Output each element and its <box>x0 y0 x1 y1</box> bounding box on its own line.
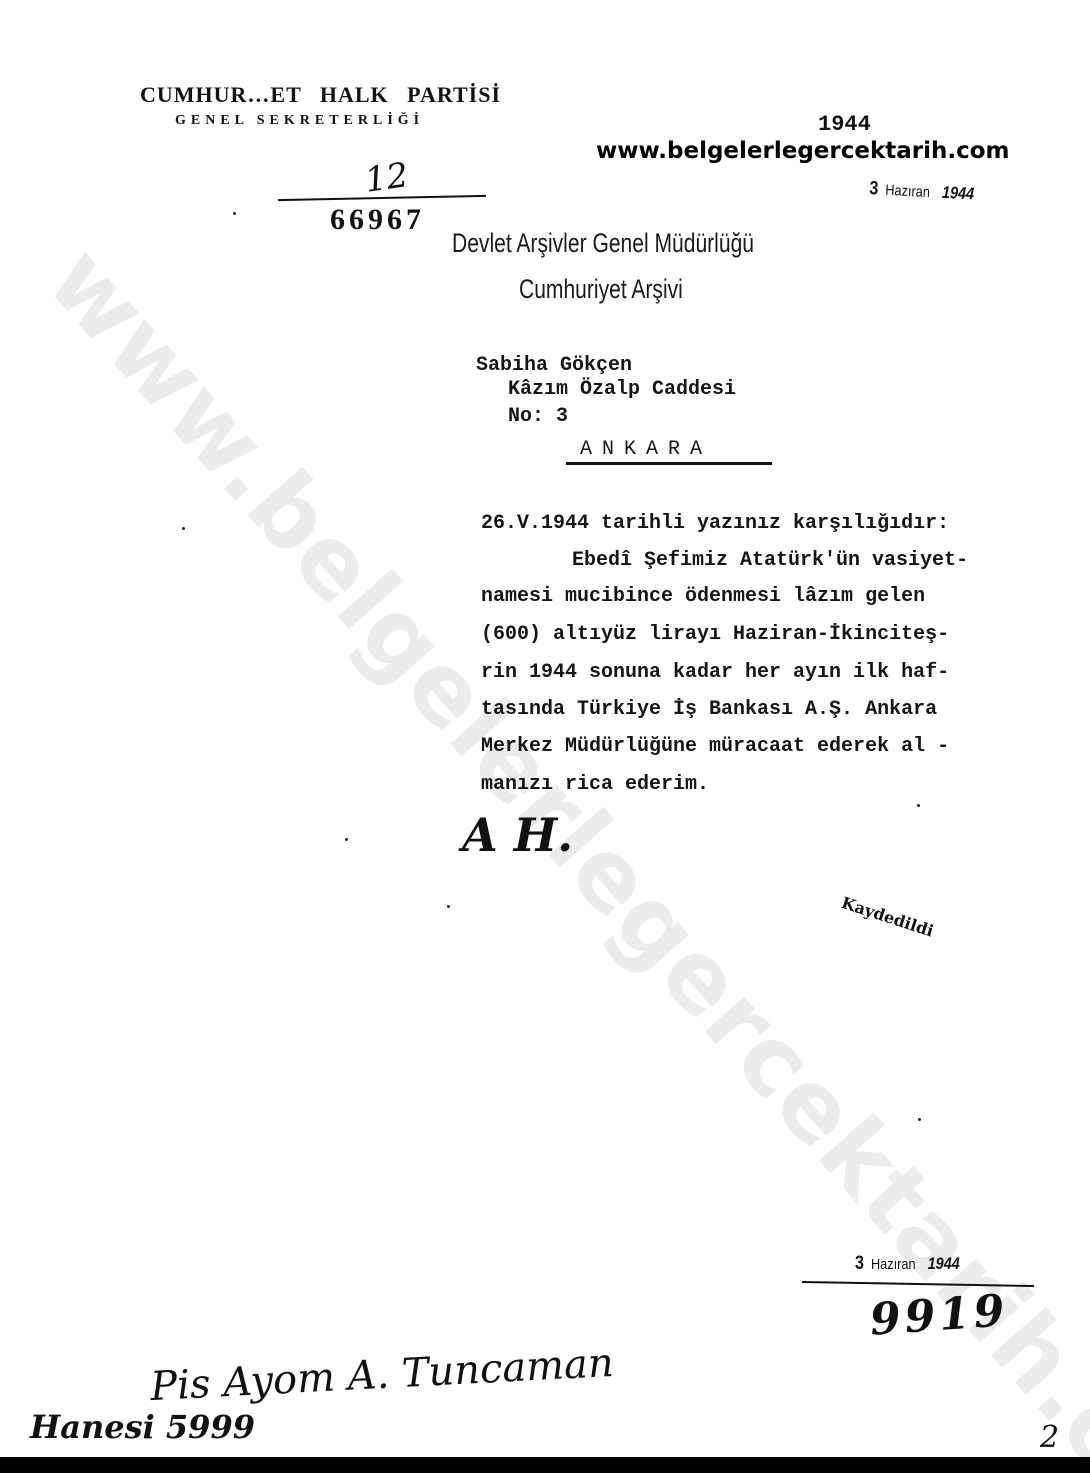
stamp-day: 3 <box>869 178 879 199</box>
stamp-year: 1944 <box>941 183 974 204</box>
body-line: namesi mucibince ödenmesi lâzım gelen <box>481 585 925 608</box>
scan-speck <box>233 212 236 215</box>
stamp-year: 1944 <box>928 1254 960 1273</box>
received-date-stamp-top: 3 Hazıran 1944 <box>869 178 975 205</box>
page-number: 2 <box>1040 1420 1059 1455</box>
body-line: 26.V.1944 tarihli yazınız karşılığıdır: <box>481 512 949 535</box>
handwritten-fraction: 12 <box>362 155 410 201</box>
body-line: Ebedî Şefimiz Atatürk'ün vasiyet- <box>572 549 968 572</box>
recipient-name: Sabiha Gökçen <box>476 354 632 377</box>
body-line: tasında Türkiye İş Bankası A.Ş. Ankara <box>481 698 937 721</box>
website-link[interactable]: www.belgelerlegercektarih.com <box>596 138 1010 164</box>
archive-stamp-line2: Cumhuriyet Arşivi <box>519 274 683 305</box>
archive-stamp-line1: Devlet Arşivler Genel Müdürlüğü <box>452 228 754 259</box>
body-line: manızı rica ederim. <box>481 773 709 796</box>
letterhead-party: CUMHUR…ET HALK PARTİSİ <box>140 82 501 108</box>
stamp-month: Hazıran <box>885 182 930 201</box>
body-line: Merkez Müdürlüğüne müracaat ederek al - <box>481 735 949 758</box>
scan-speck <box>918 1118 921 1121</box>
received-date-stamp-bottom: 3 Hazıran 1944 <box>855 1253 960 1275</box>
recipient-street: Kâzım Özalp Caddesi <box>508 378 736 401</box>
handwritten-note-1: Pis Ayom A. Tuncaman <box>149 1340 615 1410</box>
scan-speck <box>447 905 450 908</box>
scan-speck <box>182 527 185 530</box>
recipient-city: ANKARA <box>580 438 712 461</box>
scan-bottom-bar <box>0 1457 1090 1473</box>
scan-speck <box>345 838 348 841</box>
signature-initials: A H. <box>462 808 573 862</box>
document-year: 1944 <box>818 112 871 137</box>
registry-number: 66967 <box>330 203 425 237</box>
handwritten-note-2: Hanesi 5999 <box>30 1408 255 1446</box>
letterhead-office: GENEL SEKRETERLİĞİ <box>175 113 424 129</box>
body-line: rin 1944 sonuna kadar her ayın ilk haf- <box>481 661 949 684</box>
registered-stamp: Kaydedildi <box>839 893 936 941</box>
recipient-number: No: 3 <box>508 405 568 428</box>
scan-speck <box>917 804 920 807</box>
stamp-month: Hazıran <box>871 1256 916 1273</box>
city-underline <box>566 462 772 465</box>
body-line: (600) altıyüz lirayı Haziran-İkinciteş- <box>481 623 949 646</box>
handwritten-number: 9919 <box>868 1285 1010 1346</box>
stamp-day: 3 <box>855 1253 864 1274</box>
